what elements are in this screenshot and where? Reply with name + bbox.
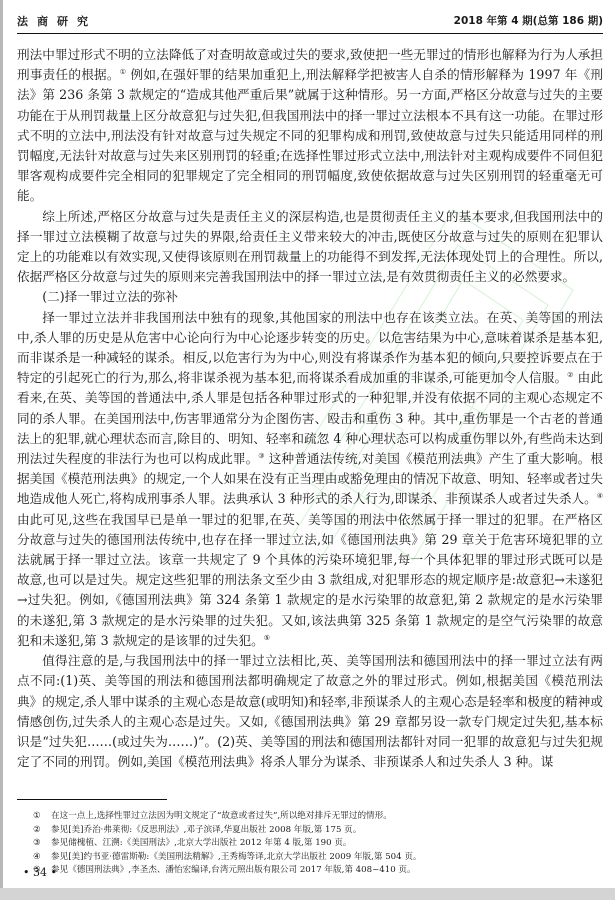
footnote-text: 参见[美]约书亚·德雷斯勒:《美国刑法精解》,王秀梅等译,北京大学出版社 200… bbox=[51, 851, 422, 865]
paragraph-text: 由此可见,这些在我国早已是单一罪过的犯罪,在英、美等国的刑法中依然属于择一罪过的… bbox=[17, 512, 603, 648]
paragraph-text: 综上所述,严格区分故意与过失是责任主义的深层构造,也是贯彻责任主义的基本要求,但… bbox=[17, 209, 603, 285]
footnote-ref[interactable]: ④ bbox=[597, 492, 603, 500]
paragraph-text: 值得注意的是,与我国刑法中的择一罪过立法相比,英、美等国刑法和德国刑法中的择一罪… bbox=[17, 653, 603, 769]
paragraph: 刑法中罪过形式不明的立法降低了对查明故意或过失的要求,致使把一些无罪过的情形也解… bbox=[17, 45, 603, 207]
paragraph: 综上所述,严格区分故意与过失是责任主义的深层构造,也是贯彻责任主义的基本要求,但… bbox=[17, 207, 603, 288]
issue-info: 2018 年第 4 期(总第 186 期) bbox=[454, 13, 603, 28]
footnote-mark: ② bbox=[33, 824, 51, 838]
page-number: • 34 • bbox=[23, 866, 57, 879]
footnote-mark: ④ bbox=[33, 851, 51, 865]
footnote-mark: ③ bbox=[33, 837, 51, 851]
footnote-text: 在这一点上,选择性罪过立法因为明文规定了“故意或者过失”,所以绝对排斥无罪过的情… bbox=[51, 810, 392, 824]
running-header: 法商研究 2018 年第 4 期(总第 186 期) bbox=[17, 13, 603, 33]
header-rule bbox=[17, 33, 603, 34]
footnote-text: 参见[美]乔治·弗莱彻:《反思刑法》,邓子滨译,华夏出版社 2008 年版,第 … bbox=[51, 824, 361, 838]
viewer-bottom-strip bbox=[0, 888, 615, 900]
paragraph-text: 例如,在强奸罪的结果加重犯上,刑法解释学把被害人自杀的情形解释为 1997 年《… bbox=[17, 67, 603, 203]
journal-title: 法商研究 bbox=[17, 13, 97, 29]
paragraph-text: (二)择一罪过立法的弥补 bbox=[42, 289, 178, 304]
footnote: ②参见[美]乔治·弗莱彻:《反思刑法》,邓子滨译,华夏出版社 2008 年版,第… bbox=[33, 824, 603, 838]
paper-page: 法商研究 2018 年第 4 期(总第 186 期) 刑法中罪过形式不明的立法降… bbox=[0, 0, 615, 888]
footnote-text: 参见储槐植、江溯:《美国刑法》,北京大学出版社 2012 年第 4 版,第 19… bbox=[51, 837, 352, 851]
paragraph: 择一罪过立法并非我国刑法中独有的现象,其他国家的刑法中也存在该类立法。在英、美等… bbox=[17, 308, 603, 651]
footnote: ③参见储槐植、江溯:《美国刑法》,北京大学出版社 2012 年第 4 版,第 1… bbox=[33, 837, 603, 851]
footnote-rule bbox=[17, 799, 167, 800]
footnote: ⑤参见《德国刑法典》,李圣杰、潘怡宏编译,台湾元照出版有限公司 2017 年版,… bbox=[33, 864, 603, 878]
paragraph: 值得注意的是,与我国刑法中的择一罪过立法相比,英、美等国刑法和德国刑法中的择一罪… bbox=[17, 651, 603, 772]
footnote: ①在这一点上,选择性罪过立法因为明文规定了“故意或者过失”,所以绝对排斥无罪过的… bbox=[33, 810, 603, 824]
footnote: ④参见[美]约书亚·德雷斯勒:《美国刑法精解》,王秀梅等译,北京大学出版社 20… bbox=[33, 851, 603, 865]
paragraph-text: 择一罪过立法并非我国刑法中独有的现象,其他国家的刑法中也存在该类立法。在英、美等… bbox=[17, 310, 603, 386]
footnote-ref[interactable]: ⑤ bbox=[264, 634, 270, 642]
footnotes: ①在这一点上,选择性罪过立法因为明文规定了“故意或者过失”,所以绝对排斥无罪过的… bbox=[33, 810, 603, 878]
footnote-text: 参见《德国刑法典》,李圣杰、潘怡宏编译,台湾元照出版有限公司 2017 年版,第… bbox=[51, 864, 416, 878]
section-heading: (二)择一罪过立法的弥补 bbox=[17, 287, 603, 307]
article-body: 刑法中罪过形式不明的立法降低了对查明故意或过失的要求,致使把一些无罪过的情形也解… bbox=[17, 45, 603, 772]
footnote-mark: ① bbox=[33, 810, 51, 824]
